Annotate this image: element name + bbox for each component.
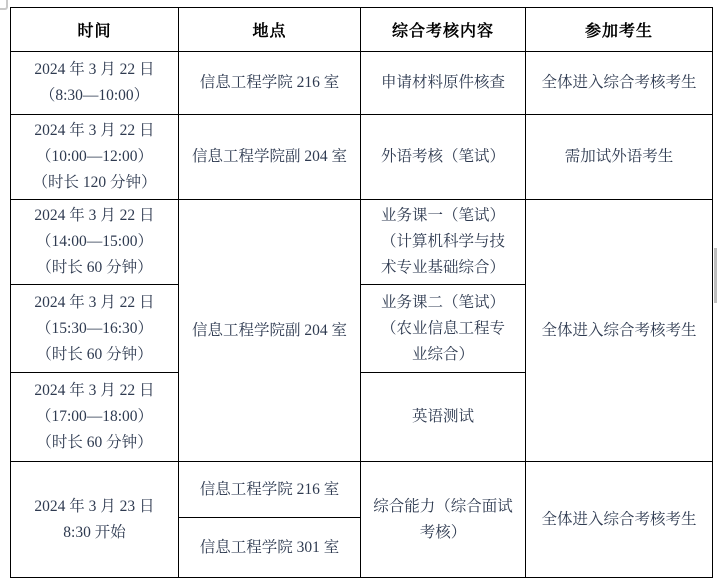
column-header-candidates: 参加考生	[526, 8, 713, 52]
table-row: 2024 年 3 月 22 日 （8:30—10:00） 信息工程学院 216 …	[11, 52, 713, 115]
cell-location-r6: 信息工程学院 216 室	[179, 462, 361, 518]
cell-content-r3: 业务课一（笔试） （计算机科学与技 术专业基础综合）	[361, 200, 526, 285]
table-move-handle-artifact	[0, 0, 8, 10]
cell-candidates-r3to5: 全体进入综合考核考生	[526, 200, 713, 462]
column-header-content: 综合考核内容	[361, 8, 526, 52]
cell-time-r4: 2024 年 3 月 22 日 （15:30—16:30） （时长 60 分钟）	[11, 285, 179, 373]
cell-time-r5: 2024 年 3 月 22 日 （17:00—18:00） （时长 60 分钟）	[11, 373, 179, 462]
cell-time-r2: 2024 年 3 月 22 日 （10:00—12:00） （时长 120 分钟…	[11, 115, 179, 200]
cell-time-r6to7: 2024 年 3 月 23 日 8:30 开始	[11, 462, 179, 578]
header-row: 时间 地点 综合考核内容 参加考生	[11, 8, 713, 52]
table-row: 2024 年 3 月 22 日 （14:00—15:00） （时长 60 分钟）…	[11, 200, 713, 285]
cell-candidates-r6to7: 全体进入综合考核考生	[526, 462, 713, 578]
cell-candidates-r2: 需加试外语考生	[526, 115, 713, 200]
column-header-time: 时间	[11, 8, 179, 52]
cell-location-r1: 信息工程学院 216 室	[179, 52, 361, 115]
exam-schedule-table: 时间 地点 综合考核内容 参加考生 2024 年 3 月 22 日 （8:30—…	[10, 7, 713, 578]
column-header-location: 地点	[179, 8, 361, 52]
cell-content-r5: 英语测试	[361, 373, 526, 462]
cell-location-r2: 信息工程学院副 204 室	[179, 115, 361, 200]
table-row: 2024 年 3 月 22 日 （10:00—12:00） （时长 120 分钟…	[11, 115, 713, 200]
table-row: 2024 年 3 月 23 日 8:30 开始 信息工程学院 216 室 综合能…	[11, 462, 713, 518]
cell-content-r4: 业务课二（笔试） （农业信息工程专 业综合）	[361, 285, 526, 373]
cell-time-r1: 2024 年 3 月 22 日 （8:30—10:00）	[11, 52, 179, 115]
cell-content-r2: 外语考核（笔试）	[361, 115, 526, 200]
cell-candidates-r1: 全体进入综合考核考生	[526, 52, 713, 115]
cell-time-r3: 2024 年 3 月 22 日 （14:00—15:00） （时长 60 分钟）	[11, 200, 179, 285]
cell-content-r6to7: 综合能力（综合面试 考核）	[361, 462, 526, 578]
cell-content-r1: 申请材料原件核查	[361, 52, 526, 115]
cell-location-r3to5: 信息工程学院副 204 室	[179, 200, 361, 462]
cell-location-r7: 信息工程学院 301 室	[179, 518, 361, 578]
